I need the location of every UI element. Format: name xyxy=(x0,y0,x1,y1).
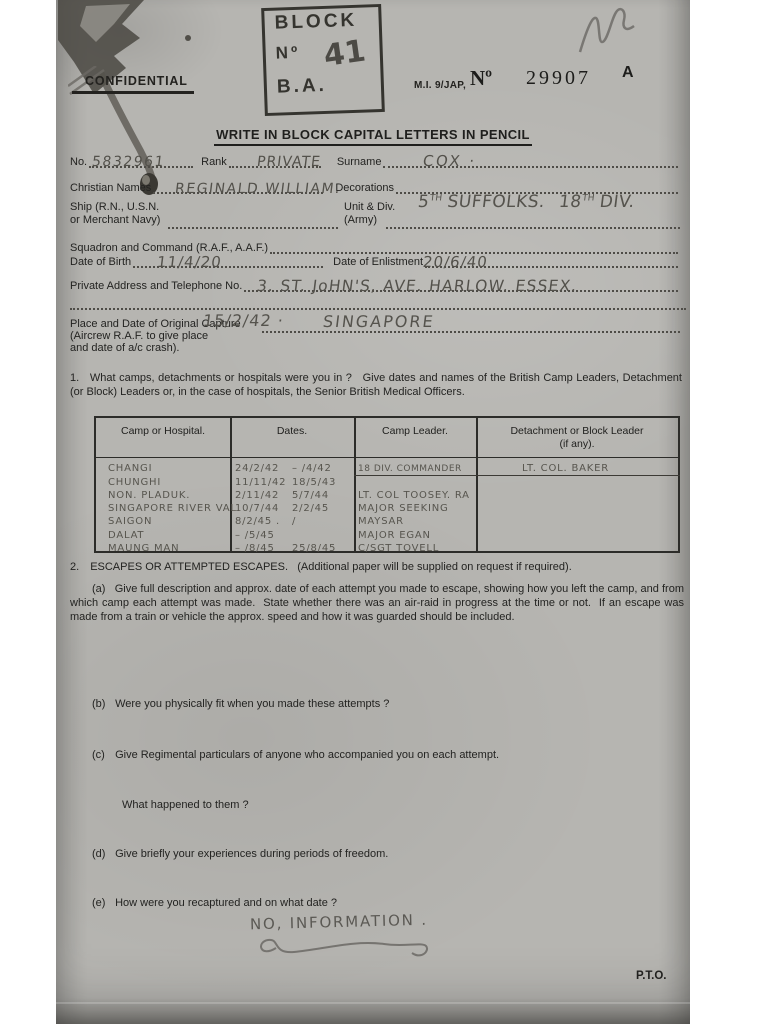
question-d-label: (d) xyxy=(92,848,112,860)
number-sign: Nº xyxy=(470,66,492,91)
field-no-label: No. xyxy=(70,156,87,169)
field-unit-div-label-line2: (Army) xyxy=(344,214,377,227)
cell-leader: LT. COL TOOSEY. RA xyxy=(354,490,476,502)
form-row-no-rank-surname: No. Rank Surname 5832961 PRIVATE COX · xyxy=(70,154,680,169)
confidential-marking: CONFIDENTIAL xyxy=(85,74,188,88)
section-2-heading-text: ESCAPES OR ATTEMPTED ESCAPES. (Additiona… xyxy=(90,561,572,573)
cell-date-to: 5/7/44 xyxy=(292,490,354,502)
unit-number-2: 18 xyxy=(558,192,583,212)
table-row: DALAT – /5/45 MAJOR EGAN xyxy=(96,528,678,541)
field-ship-line xyxy=(168,214,338,229)
field-address-label: Private Address and Telephone No. xyxy=(70,280,242,293)
question-c-text: Give Regimental particulars of anyone wh… xyxy=(115,749,499,761)
question-e: (e) How were you recaptured and on what … xyxy=(92,897,337,909)
cell-leader: MAJOR SEEKING xyxy=(354,503,476,515)
field-no-value: 5832961 xyxy=(91,154,166,170)
cell-leader: 18 DIV. COMMANDER xyxy=(354,463,476,475)
field-christian-names-value: REGINALD WILLIAM. xyxy=(174,181,342,197)
field-surname-value: COX · xyxy=(422,152,478,170)
cell-date-to: 25/8/45 xyxy=(292,543,354,555)
form-serial-suffix: A xyxy=(622,64,634,82)
block-number-stamp: BLOCK Nº B.A. 41 xyxy=(261,4,385,116)
question-d-text: Give briefly your experiences during per… xyxy=(115,848,388,860)
pto-marking: P.T.O. xyxy=(636,970,666,982)
cell-date-to: 18/5/43 xyxy=(292,477,354,489)
form-serial-number: 29907 xyxy=(526,67,591,90)
question-d: (d) Give briefly your experiences during… xyxy=(92,848,388,860)
cell-date-from: 8/2/45 . xyxy=(230,516,292,528)
field-rank-value: PRIVATE xyxy=(256,154,322,170)
cell-date-from: – /8/45 xyxy=(230,543,292,555)
question-b-label: (b) xyxy=(92,698,112,710)
question-c: (c) Give Regimental particulars of anyon… xyxy=(92,749,499,761)
cell-camp: SAIGON xyxy=(96,516,230,528)
confidential-underline xyxy=(72,91,194,94)
cell-date-from: 10/7/44 xyxy=(230,503,292,515)
stamp-line-block: BLOCK xyxy=(274,10,357,35)
question-c-label: (c) xyxy=(92,749,112,761)
cell-detachment: LT. COL. BAKER xyxy=(476,463,678,475)
pencil-flourish xyxy=(252,934,442,964)
table-row: NON. PLADUK. 2/11/42 5/7/44 LT. COL TOOS… xyxy=(96,489,678,502)
stamp-line-ba: B.A. xyxy=(277,75,328,99)
field-unit-div-label-line1: Unit & Div. xyxy=(344,201,395,214)
cell-camp: CHUNGHI xyxy=(96,477,230,489)
cell-camp: CHANGI xyxy=(96,463,230,475)
pencil-initials-mark xyxy=(574,6,644,60)
table-header-leader: Camp Leader. xyxy=(354,418,476,457)
table-header-camp: Camp or Hospital. xyxy=(96,418,230,457)
table-header-detachment: Detachment or Block Leader (if any). xyxy=(476,418,678,457)
instruction-heading: WRITE IN BLOCK CAPITAL LETTERS IN PENCIL xyxy=(214,127,532,146)
scanned-pow-form-page: { "colors": {"paper": "#b6b5b1", "ink": … xyxy=(0,0,772,1024)
stamp-number-handwritten: 41 xyxy=(322,34,368,74)
table-row: MAUNG MAN – /8/45 25/8/45 C/SGT TOVELL xyxy=(96,542,678,555)
section-2a-paragraph: (a) Give full description and approx. da… xyxy=(70,583,684,624)
camps-table: Camp or Hospital. Dates. Camp Leader. De… xyxy=(94,416,680,553)
field-dob-label: Date of Birth xyxy=(70,256,131,269)
field-rank-label: Rank xyxy=(201,156,227,169)
field-enlistment-value: 20/6/40 xyxy=(422,253,489,271)
unit-text-1: SUFFOLKS. xyxy=(440,192,546,212)
separator-dotted-line xyxy=(70,295,686,310)
cell-leader: C/SGT TOVELL xyxy=(354,543,476,555)
form-reference: M.I. 9/JAP, xyxy=(414,80,466,91)
field-capture-date-value: 15/2/42 · xyxy=(202,311,285,330)
paper-bottom-shading xyxy=(56,998,690,1024)
table-row: SAIGON 8/2/45 . / MAYSAR xyxy=(96,515,678,528)
table-header-row: Camp or Hospital. Dates. Camp Leader. De… xyxy=(96,418,678,458)
cell-date-to: / xyxy=(292,516,354,528)
question-c-followup: What happened to them ? xyxy=(122,799,249,811)
cell-camp: MAUNG MAN xyxy=(96,543,230,555)
field-dob-value: 11/4/20 xyxy=(156,253,223,271)
cell-camp: SINGAPORE RIVER VAL xyxy=(96,503,230,515)
field-unit-div-line xyxy=(386,214,680,229)
table-row: SINGAPORE RIVER VAL 10/7/44 2/2/45 MAJOR… xyxy=(96,502,678,515)
question-b-text: Were you physically fit when you made th… xyxy=(115,698,389,710)
field-unit-div-value: 5TH SUFFOLKS.18TH DIV. xyxy=(417,192,636,212)
instruction-heading-wrap: WRITE IN BLOCK CAPITAL LETTERS IN PENCIL xyxy=(56,126,690,144)
table-row: CHUNGHI 11/11/42 18/5/43 xyxy=(96,475,678,488)
table-body: CHANGI 24/2/42 – /4/42 18 DIV. COMMANDER… xyxy=(96,462,678,555)
question-c-followup-text: What happened to them ? xyxy=(122,799,249,811)
cell-leader: MAYSAR xyxy=(354,516,476,528)
form-row-dob-enlistment: Date of Birth Date of Enlistment 11/4/20… xyxy=(70,254,680,269)
question-1-text: 1. What camps, detachments or hospitals … xyxy=(70,372,682,400)
field-christian-names-label: Christian Names xyxy=(70,182,151,195)
table-row: CHANGI 24/2/42 – /4/42 18 DIV. COMMANDER… xyxy=(96,462,678,475)
cell-date-from: 2/11/42 xyxy=(230,490,292,502)
cell-date-from: – /5/45 xyxy=(230,530,292,542)
field-capture-place-value: SINGAPORE xyxy=(322,312,436,331)
handwritten-answer: NO, INFORMATION . xyxy=(250,911,428,934)
section-2-heading: 2. ESCAPES OR ATTEMPTED ESCAPES. (Additi… xyxy=(70,561,572,573)
document-paper: CONFIDENTIAL BLOCK Nº B.A. 41 M.I. 9/JAP… xyxy=(56,0,690,1024)
question-b: (b) Were you physically fit when you mad… xyxy=(92,698,389,710)
cell-date-from: 11/11/42 xyxy=(230,477,292,489)
field-ship-label-line2: or Merchant Navy) xyxy=(70,214,160,227)
cell-leader: MAJOR EGAN xyxy=(354,530,476,542)
cell-camp: DALAT xyxy=(96,530,230,542)
field-capture-label-line3: and date of a/c crash). xyxy=(70,342,179,355)
field-address-value: 3. ST. JoHN'S, AVE. HARLOW. ESSEX. xyxy=(256,277,579,295)
table-header-dates: Dates. xyxy=(230,418,354,457)
question-e-label: (e) xyxy=(92,897,112,909)
field-surname-label: Surname xyxy=(337,156,382,169)
field-ship-label-line1: Ship (R.N., U.S.N. xyxy=(70,201,159,214)
section-2-number: 2. xyxy=(70,561,79,573)
question-e-text: How were you recaptured and on what date… xyxy=(115,897,337,909)
cell-date-from: 24/2/42 xyxy=(230,463,292,475)
cell-date-to: 2/2/45 xyxy=(292,503,354,515)
field-enlistment-label: Date of Enlistment xyxy=(333,256,423,269)
field-decorations-label: Decorations xyxy=(335,182,394,195)
stamp-line-no: Nº xyxy=(275,43,300,64)
unit-text-2: DIV. xyxy=(593,192,636,212)
cell-date-to: – /4/42 xyxy=(292,463,354,475)
cell-camp: NON. PLADUK. xyxy=(96,490,230,502)
form-row-address: Private Address and Telephone No. 3. ST.… xyxy=(70,278,680,293)
